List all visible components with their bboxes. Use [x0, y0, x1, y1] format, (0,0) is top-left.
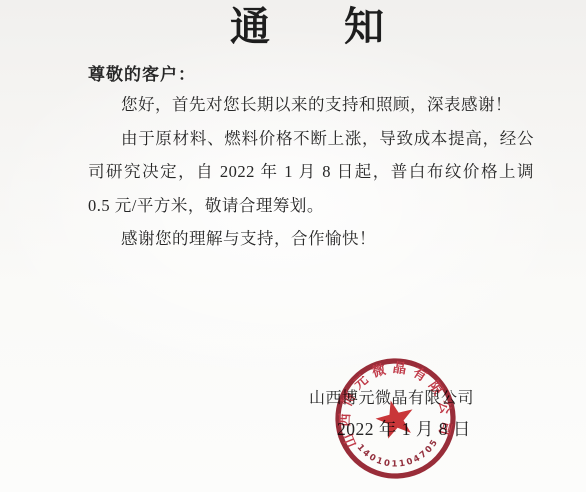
- notice-title: 通知: [230, 4, 458, 50]
- body-paragraph-greeting: 您好，首先对您长期以来的支持和照顾，深表感谢！: [88, 88, 534, 122]
- notice-document: 通知 尊敬的客户： 您好，首先对您长期以来的支持和照顾，深表感谢！ 由于原材料、…: [0, 0, 586, 492]
- body-paragraph-closing: 感谢您的理解与支持，合作愉快！: [88, 222, 534, 256]
- company-seal: 山西博元微晶有限公司 1401011047058: [330, 353, 461, 484]
- red-star-icon: [375, 400, 414, 439]
- salutation-line: 尊敬的客户：: [88, 60, 196, 85]
- notice-body: 您好，首先对您长期以来的支持和照顾，深表感谢！ 由于原材料、燃料价格不断上涨，导…: [88, 88, 534, 256]
- body-paragraph-price-adjustment: 由于原材料、燃料价格不断上涨，导致成本提高，经公司研究决定，自 2022 年 1…: [88, 122, 534, 223]
- seal-company-arc: 山西博元微晶有限公司: [335, 357, 456, 450]
